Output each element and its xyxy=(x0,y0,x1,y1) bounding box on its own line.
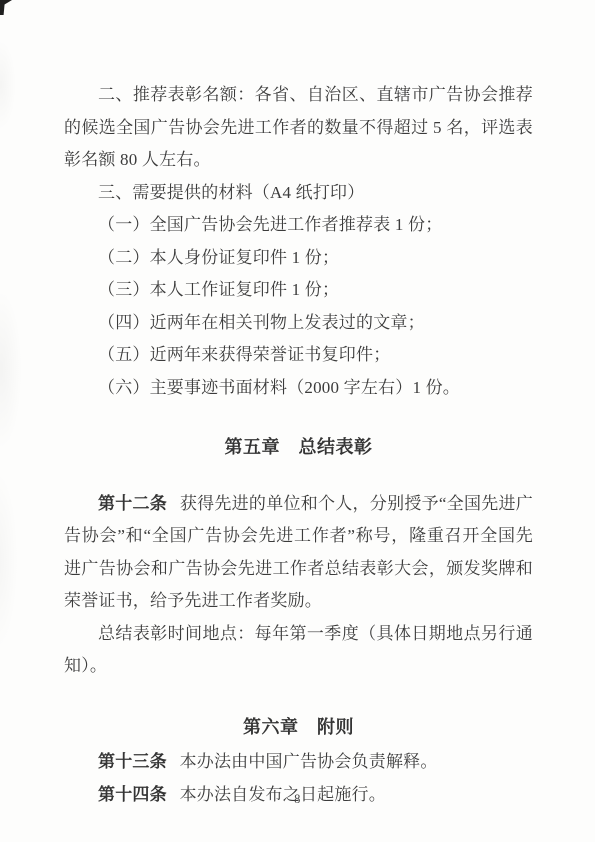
scan-smudge xyxy=(0,290,22,450)
material-item-6: （六）主要事迹书面材料（2000 字左右）1 份。 xyxy=(64,372,533,405)
material-item-4: （四）近两年在相关刊物上发表过的文章； xyxy=(64,307,533,340)
page-number: 8 xyxy=(0,792,595,807)
article-13-text: 本办法由中国广告协会负责解释。 xyxy=(180,752,438,771)
paragraph-article-13: 第十三条本办法由中国广告协会负责解释。 xyxy=(64,746,533,779)
article-13-label: 第十三条 xyxy=(98,752,167,771)
article-12-label: 第十二条 xyxy=(98,494,167,513)
chapter-6-heading: 第六章 附则 xyxy=(64,711,533,744)
paragraph-materials-heading: 三、需要提供的材料（A4 纸打印） xyxy=(64,177,533,210)
scan-corner-artifact xyxy=(0,0,12,15)
material-item-1: （一）全国广告协会先进工作者推荐表 1 份； xyxy=(64,209,533,242)
document-page: 二、推荐表彰名额：各省、自治区、直辖市广告协会推荐的候选全国广告协会先进工作者的… xyxy=(0,0,595,842)
material-item-5: （五）近两年来获得荣誉证书复印件； xyxy=(64,339,533,372)
scan-smudge xyxy=(0,470,18,650)
paragraph-article-12: 第十二条获得先进的单位和个人，分别授予“全国先进广告协会”和“全国广告协会先进工… xyxy=(64,488,533,618)
paragraph-recommendation-quota: 二、推荐表彰名额：各省、自治区、直辖市广告协会推荐的候选全国广告协会先进工作者的… xyxy=(64,79,533,177)
scan-smudge xyxy=(0,40,16,130)
material-item-3: （三）本人工作证复印件 1 份； xyxy=(64,274,533,307)
document-content: 二、推荐表彰名额：各省、自治区、直辖市广告协会推荐的候选全国广告协会先进工作者的… xyxy=(64,79,533,811)
paragraph-time-place: 总结表彰时间地点：每年第一季度（具体日期地点另行通知）。 xyxy=(64,618,533,683)
chapter-5-heading: 第五章 总结表彰 xyxy=(64,431,533,464)
material-item-2: （二）本人身份证复印件 1 份； xyxy=(64,242,533,275)
